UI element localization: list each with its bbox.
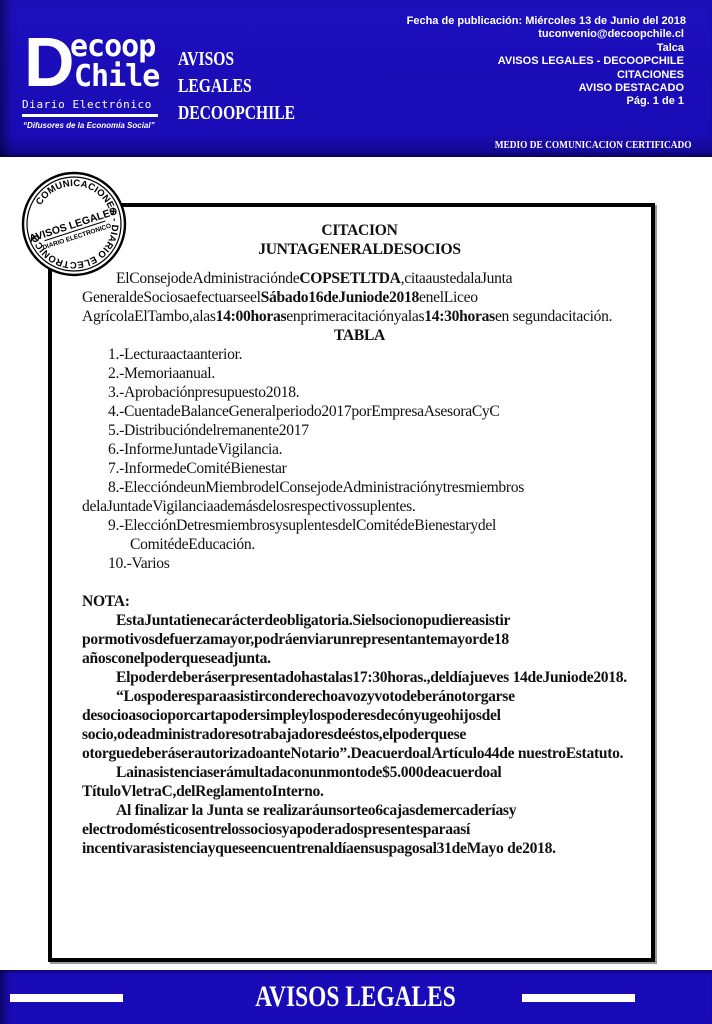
cooperative-name: COPSETLTDA (299, 270, 400, 287)
masthead: D ecoop Chile Diario Electrónico “Difuso… (0, 0, 712, 157)
notice-type: AVISO DESTACADO (407, 82, 684, 95)
note-label: NOTA: (82, 592, 637, 611)
logo-line-2: Chile (74, 62, 159, 92)
certification-stamp: COMUNICACIONES - DIARIO ELECTRONICO AVIS… (20, 170, 128, 278)
agenda-item: 1.-Lecturaactaanterior. (108, 345, 637, 364)
category: AVISOS LEGALES - DECOOPCHILE (407, 55, 684, 68)
agenda-item: 3.-Aprobaciónpresupuesto2018. (108, 383, 637, 402)
certified-label: MEDIO DE COMUNICACION CERTIFICADO (495, 139, 692, 151)
agenda-item: 4.-CuentadeBalanceGeneralperiodo2017porE… (108, 402, 637, 421)
agenda-title: TABLA (82, 326, 637, 345)
footer-banner: AVISOS LEGALES (0, 970, 712, 1024)
section-title-line: AVISOS (178, 46, 295, 73)
notice-subtitle: JUNTAGENERALDESOCIOS (82, 240, 637, 259)
first-call-time: 14:00horas (216, 308, 287, 325)
legal-notice: CITACION JUNTAGENERALDESOCIOS ElConsejod… (48, 203, 655, 962)
logo-big-letter: D (24, 32, 73, 92)
section-title-line: DECOOPCHILE (178, 100, 295, 127)
section-title: AVISOS LEGALES DECOOPCHILE (178, 46, 295, 127)
intro-paragraph: ElConsejodeAdministracióndeCOPSETLTDA,ci… (82, 269, 637, 326)
logo-line-1: ecoop (70, 32, 155, 62)
page-indicator: Pág. 1 de 1 (407, 95, 684, 108)
subcategory: CITACIONES (407, 69, 684, 82)
agenda-item: 6.-InformeJuntadeVigilancia. (108, 440, 637, 459)
agenda-item-continuation: delaJuntadeVigilanciaademásdelosrespecti… (82, 497, 637, 516)
agenda-item: 5.-Distribucióndelremanente2017 (108, 421, 637, 440)
note-section: EstaJuntatienecarácterdeobligatoria.Siel… (82, 611, 637, 858)
second-call-time: 14:30horas (424, 308, 495, 325)
agenda-item: 2.-Memoriaanual. (108, 364, 637, 383)
legal-notice-content: CITACION JUNTAGENERALDESOCIOS ElConsejod… (82, 221, 637, 858)
decoopchile-logo[interactable]: D ecoop Chile Diario Electrónico “Difuso… (20, 30, 160, 135)
note-paragraph: EstaJuntatienecarácterdeobligatoria.Siel… (82, 611, 637, 668)
agenda-list: 1.-Lecturaactaanterior. 2.-Memoriaanual.… (108, 345, 637, 573)
city: Talca (407, 42, 684, 55)
note-paragraph: Elpoderdeberáserpresentadohastalas17:30h… (82, 668, 637, 687)
agenda-item: 10.-Varios (108, 554, 637, 573)
agenda-item: 8.-EleccióndeunMiembrodelConsejodeAdmini… (108, 478, 637, 516)
logo-subtitle: Diario Electrónico (22, 98, 152, 111)
note-paragraph: Lainasistenciaserámultadaconunmontode$5.… (82, 763, 637, 801)
stamp-seal-icon: COMUNICACIONES - DIARIO ELECTRONICO AVIS… (20, 170, 128, 278)
footer-decorative-bar-right (522, 994, 635, 1002)
logo-divider (22, 114, 158, 117)
agenda-item-continuation: ComitédeEducación. (130, 535, 637, 554)
meeting-date: Sábado16deJuniode2018 (261, 289, 419, 306)
agenda-item: 7.-InformedeComitéBienestar (108, 459, 637, 478)
note-paragraph: “Lospoderesparaasistirconderechoavozyvot… (82, 687, 637, 763)
logo-slogan: “Difusores de la Economía Social” (23, 121, 155, 130)
publication-meta: Fecha de publicación: Miércoles 13 de Ju… (407, 15, 684, 109)
section-title-line: LEGALES (178, 73, 295, 100)
notice-title: CITACION (82, 221, 637, 240)
publication-date: Fecha de publicación: Miércoles 13 de Ju… (407, 15, 686, 28)
note-paragraph: Al finalizar la Junta se realizaráunsort… (82, 801, 637, 858)
agenda-item: 9.-ElecciónDetresmiembrosysuplentesdelCo… (108, 516, 637, 554)
contact-email[interactable]: tuconvenio@decoopchile.cl (407, 28, 684, 41)
